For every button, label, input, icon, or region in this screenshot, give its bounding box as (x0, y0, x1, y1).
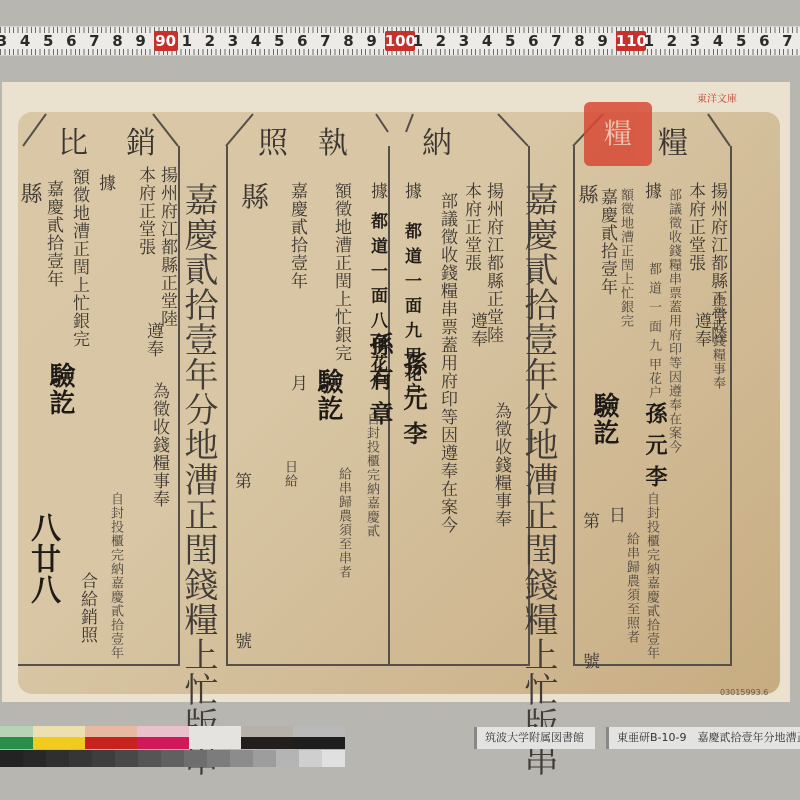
ruler-number: 8 (339, 31, 359, 51)
ruler-number: 2 (200, 31, 220, 51)
text-column: 自封投櫃完納嘉慶貳 (364, 412, 378, 538)
color-swatch (46, 750, 69, 767)
ruler-number: 9 (362, 31, 382, 51)
text-column: 嘉慶貳拾壹年 (598, 188, 616, 296)
ruler-number: 5 (269, 31, 289, 51)
text-column: 縣 (578, 184, 596, 205)
color-swatch (92, 750, 115, 767)
ruler-number: 3 (454, 31, 474, 51)
measuring-ruler: 3456789901234567891001234567891101234567 (0, 26, 800, 56)
slip-header-zhao: 照 (258, 118, 288, 162)
text-column: 自封投櫃完納嘉慶貳拾壹年 (644, 492, 658, 660)
color-swatch (0, 750, 23, 767)
payer-name-handwritten: 孫 元 李 (404, 352, 422, 446)
ruler-number: 7 (777, 31, 797, 51)
ruler-number: 1 (639, 31, 659, 51)
color-swatch (23, 750, 46, 767)
ruler-number: 8 (108, 31, 128, 51)
color-swatch (137, 737, 189, 749)
ruler-number: 5 (500, 31, 520, 51)
ruler-number: 5 (38, 31, 58, 51)
text-column: 揚州府江都縣正堂陸 (158, 166, 176, 328)
ruler-number: 6 (754, 31, 774, 51)
catalog-number: 03015993.6 (720, 688, 768, 697)
text-column: 遵奉 (144, 322, 162, 358)
color-swatch (189, 726, 241, 737)
large-title-column: 嘉慶貳拾壹年分地漕正閏錢糧上忙版串 (178, 182, 218, 777)
ruler-number: 1 (177, 31, 197, 51)
text-column: 縣 (20, 182, 38, 205)
text-column: 號 (232, 632, 250, 650)
text-column: 給串歸農須至串者 (336, 467, 350, 579)
ruler-number: 9 (131, 31, 151, 51)
red-ownership-annotation: 東洋文庫 (697, 90, 737, 105)
color-swatch (115, 750, 138, 767)
text-column: 日 (606, 506, 624, 524)
color-swatch (189, 737, 241, 749)
color-swatch (299, 750, 322, 767)
ruler-number: 3 (0, 31, 12, 51)
color-swatch (0, 726, 33, 737)
text-column: 部議徵收錢糧串票蓋用府印等因遵奉在案今 (438, 192, 456, 534)
text-column: 第 (232, 472, 250, 490)
color-calibration-chart (0, 726, 348, 768)
ruler-number: 90 (154, 31, 178, 51)
text-column: 為徵收錢糧事奉 (710, 292, 724, 390)
red-seal-stamp: 糧 (584, 102, 652, 166)
color-swatch (33, 726, 85, 737)
stamp-yanqi: 驗訖 (46, 362, 74, 416)
text-column: 部議徵收錢糧串票蓋用府印等因遵奉在案今 (666, 188, 680, 454)
text-column: 月 (288, 374, 306, 392)
text-column: 額徵地漕正閏上忙銀完 (332, 182, 350, 362)
color-swatch (137, 726, 189, 737)
ruler-number: 9 (593, 31, 613, 51)
color-swatch (138, 750, 161, 767)
text-column: 本府正堂張 (136, 166, 154, 256)
text-column: 本府正堂張 (462, 182, 480, 272)
color-swatch (33, 737, 85, 749)
text-column: 據 (642, 182, 660, 200)
text-column: 都 道 一 面 九 甲花户 (646, 262, 660, 400)
ruler-number: 2 (662, 31, 682, 51)
color-swatch (322, 750, 345, 767)
text-column: 第 (580, 512, 598, 530)
ruler-number: 4 (477, 31, 497, 51)
text-column: 自封投櫃完納嘉慶貳拾壹年 (108, 492, 122, 660)
ruler-number: 7 (546, 31, 566, 51)
color-row-light (0, 726, 345, 737)
text-column: 縣 (238, 182, 268, 211)
ruler-number: 1 (408, 31, 428, 51)
ruler-number: 4 (15, 31, 35, 51)
color-swatch (241, 726, 293, 737)
ruler-number: 3 (223, 31, 243, 51)
color-swatch (161, 750, 184, 767)
color-swatch (85, 726, 137, 737)
library-label: 筑波大学附属図書館 (474, 727, 595, 749)
large-title-column: 嘉慶貳拾壹年分地漕正閏錢糧上忙版串 (518, 182, 558, 777)
ruler-number: 7 (84, 31, 104, 51)
text-column: 本府正堂張 (686, 182, 704, 272)
color-swatch (293, 726, 345, 737)
handwritten-number: 八廿八 (20, 512, 64, 605)
text-column: 據 (96, 174, 114, 192)
seal-text: 糧 (584, 112, 652, 152)
grayscale-row (0, 750, 345, 767)
color-swatch (276, 750, 299, 767)
text-column: 額徵地漕正閏上忙銀完 (70, 168, 88, 348)
color-swatch (241, 737, 293, 749)
color-swatch (230, 750, 253, 767)
stamp-yanqi: 驗訖 (590, 392, 618, 446)
ruler-number: 6 (292, 31, 312, 51)
ruler-number: 4 (708, 31, 728, 51)
text-column: 嘉慶貳拾壹年 (288, 182, 306, 290)
slip-header-liang: 糧 (658, 118, 688, 162)
ruler-number: 5 (731, 31, 751, 51)
payer-name-handwritten: 孫 元 李 (646, 402, 664, 488)
color-swatch (253, 750, 276, 767)
ruler-number: 4 (246, 31, 266, 51)
slip-header-na: 納 (422, 118, 452, 162)
ruler-number: 6 (523, 31, 543, 51)
ruler-number: 7 (315, 31, 335, 51)
ruler-number: 6 (61, 31, 81, 51)
ruler-number: 2 (431, 31, 451, 51)
text-column: 為徵收錢糧事奉 (150, 382, 168, 508)
text-column: 遵奉 (468, 312, 486, 348)
text-column: 給串歸農須至照者 (624, 532, 638, 644)
text-column: 額徵地漕正閏上忙銀完 (618, 188, 632, 328)
text-column: 號 (580, 652, 598, 670)
text-column: 據 (368, 182, 386, 200)
ruler-number: 8 (570, 31, 590, 51)
color-swatch (207, 750, 230, 767)
color-swatch (293, 737, 345, 749)
color-swatch (69, 750, 92, 767)
text-column: 據 (402, 182, 420, 200)
color-row-saturated (0, 737, 345, 749)
tax-receipt-document: 比 銷 揚州府江都縣正堂陸 本府正堂張 遵奉 據 額徵地漕正閏上忙銀完 嘉慶貳拾… (18, 112, 780, 694)
ruler-number: 3 (685, 31, 705, 51)
text-column: 日給 (280, 460, 298, 488)
text-column: 嘉慶貳拾壹年 (44, 180, 62, 288)
slip-header-zhi: 執 (318, 118, 348, 162)
color-swatch (85, 737, 137, 749)
stamp-yanqi: 驗訖 (314, 368, 342, 422)
text-column: 遵奉 (692, 312, 710, 348)
text-column: 為徵收錢糧事奉 (492, 402, 510, 528)
item-label: 東亜研B-10-9 嘉慶貳拾壹年分地漕正閏錢 (606, 727, 800, 749)
color-swatch (184, 750, 207, 767)
color-swatch (0, 737, 33, 749)
text-column: 合給銷照 (78, 572, 96, 644)
